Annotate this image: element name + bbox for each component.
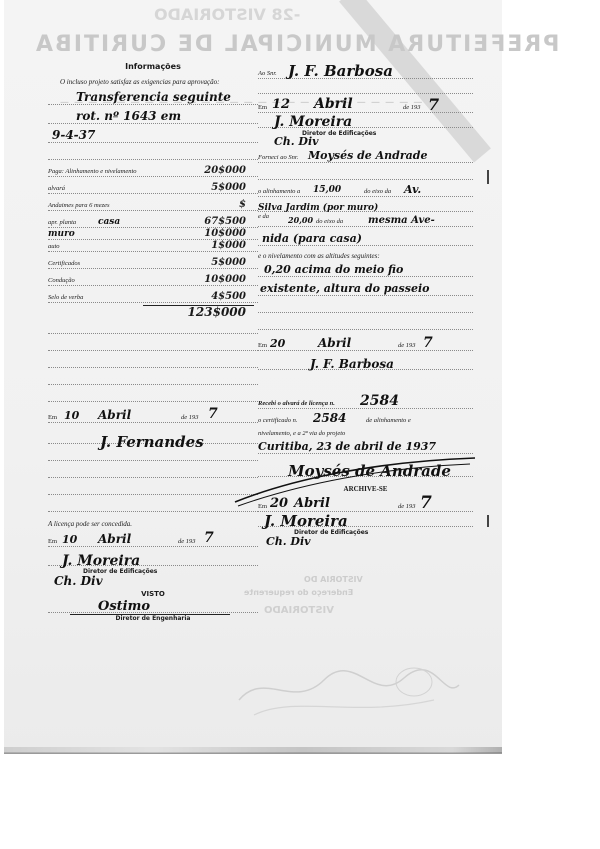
fee-row: Condução10$000 xyxy=(48,271,258,286)
receipt-copy-line: nivelamento, e a 2ª via do projeto xyxy=(258,425,473,437)
fee-amount: 10$000 xyxy=(204,274,246,285)
fee-label: Paga: Alinhamento e nivelamento xyxy=(48,168,137,175)
supplied-to-line: Forneci ao Snr. Moysés de Andrade xyxy=(258,148,473,163)
fee-amount: 10$000 xyxy=(204,228,246,239)
margin-mark xyxy=(487,515,489,527)
blank-line xyxy=(258,165,473,180)
fee-label: alvará xyxy=(48,185,65,192)
fee-row: Certificados5$000 xyxy=(48,254,258,269)
show-through-text: Endereço do requerente xyxy=(244,588,353,597)
receipt-license-line: Recebi o alvará de licença n. 2584 xyxy=(258,392,473,409)
informacoes-heading: Informações xyxy=(48,62,258,71)
signature-moreira: J. Moreira xyxy=(264,512,348,530)
alignment-line-2: Silva Jardim (por muro) e da xyxy=(258,199,473,212)
addressee-line: Ao Snr. J. F. Barbosa xyxy=(258,62,473,79)
visto-signature-line: Ostimo xyxy=(48,598,258,613)
receipt-cert-line: o certificado n. 2584 de alinhamento e xyxy=(258,411,473,425)
intro-handwritten-line: Transferencia seguinte xyxy=(48,88,258,105)
signature-moreira: J. Moreira xyxy=(274,114,352,130)
fee-note: muro xyxy=(48,229,75,239)
visto-label: VISTO xyxy=(48,590,258,598)
blank-line xyxy=(258,298,473,313)
date-line-1: Em 10 Abril de 193 7 xyxy=(48,404,258,423)
fee-row: auto1$000 xyxy=(48,242,258,252)
license-approval-text: A licença pode ser concedida. xyxy=(48,520,258,528)
signature-moreira: J. Moreira xyxy=(62,553,140,569)
fee-label: Certificados xyxy=(48,260,80,267)
blank-line xyxy=(258,81,473,94)
signature-line: J. F. Barbosa xyxy=(258,353,473,370)
fee-row: alvará5$000 xyxy=(48,179,258,194)
signature-line: J. Moreira xyxy=(48,549,258,566)
fees-total: 123$000 xyxy=(48,305,258,319)
fees-list: Paga: Alinhamento e nivelamento20$000alv… xyxy=(48,162,258,303)
role-block: Diretor de Edificações Ch. Div xyxy=(48,568,258,590)
signature-barbosa: J. F. Barbosa xyxy=(310,357,394,371)
alignment-line-3: 20,00 do eixo da mesma Ave- xyxy=(258,214,473,227)
fee-row: Selo de verba4$500 xyxy=(48,288,258,303)
show-through-letterhead: PREFEITURA MUNICIPAL DE CURITIBA xyxy=(34,32,559,57)
show-through-signature xyxy=(234,660,464,720)
show-through-text: VISTORIA DO xyxy=(304,575,363,584)
leveling-line: 0,20 acima do meio fio xyxy=(258,260,473,277)
visto-role: Diretor de Engenharia xyxy=(48,615,258,622)
archive-role-block: Diretor de Edificações Ch. Div xyxy=(258,529,473,549)
intro-printed-text: O incluso projeto satisfaz as exigencias… xyxy=(48,77,258,88)
informacoes-column: Informações O incluso projeto satisfaz a… xyxy=(48,62,258,622)
fee-note: casa xyxy=(98,217,120,227)
fee-row: muro10$000 xyxy=(48,230,258,240)
blank-line xyxy=(48,145,258,160)
fee-amount: 5$000 xyxy=(211,182,246,193)
pen-flourish xyxy=(230,440,480,510)
blank-line xyxy=(48,387,258,402)
fee-row: Paga: Alinhamento e nivelamento20$000 xyxy=(48,162,258,177)
signature-line: J. Fernandes xyxy=(48,425,258,444)
date-line-1: Em 12 Abril de 193 7 xyxy=(258,96,473,113)
blank-line xyxy=(48,480,258,495)
intro-handwritten-line: rot. nº 1643 em xyxy=(48,107,258,124)
date-line-2: Em 10 Abril de 193 7 xyxy=(48,528,258,547)
blank-line xyxy=(48,463,258,478)
fee-amount: 67$500 xyxy=(204,216,246,227)
fee-amount: 4$500 xyxy=(211,291,246,302)
alignment-line-4: nida (para casa) xyxy=(258,229,473,246)
fee-amount: 1$000 xyxy=(211,240,246,251)
blank-line xyxy=(48,353,258,368)
alignment-line-1: o alinhamento a 15,00 do eixo da Av. xyxy=(258,182,473,197)
fee-label: Condução xyxy=(48,277,75,284)
blank-line xyxy=(48,336,258,351)
fee-label: apr. planta xyxy=(48,219,76,226)
margin-mark xyxy=(487,170,489,184)
fee-amount: $ xyxy=(239,199,246,210)
leveling-label: e o nivelamento com as altitudes seguint… xyxy=(258,252,473,260)
archive-signature-line: J. Moreira xyxy=(258,514,473,527)
blank-line xyxy=(48,497,258,512)
fee-label: Andaimes para 6 mezes xyxy=(48,202,110,209)
fee-row: apr. plantacasa67$500 xyxy=(48,213,258,228)
blank-line xyxy=(48,446,258,461)
intro-handwritten-line: 9-4-37 xyxy=(48,126,258,143)
fee-label: Selo de verba xyxy=(48,294,83,301)
blank-line xyxy=(48,370,258,385)
show-through-text: VISTORIADO xyxy=(264,605,334,616)
fee-amount: 20$000 xyxy=(204,165,246,176)
fee-row: Andaimes para 6 mezes$ xyxy=(48,196,258,211)
leveling-line: existente, altura do passeio xyxy=(258,279,473,296)
fee-label: auto xyxy=(48,243,60,250)
signature-line: J. Moreira xyxy=(258,115,473,128)
date-line-2: Em 20 Abril de 193 7 xyxy=(258,332,473,351)
role-block: Diretor de Edificações Ch. Div xyxy=(258,130,473,148)
signature-visto: Ostimo xyxy=(98,599,150,614)
fee-amount: 5$000 xyxy=(211,257,246,268)
blank-line xyxy=(48,319,258,334)
show-through-stamp: -28 VISTORIADO xyxy=(154,5,300,24)
blank-line xyxy=(258,315,473,330)
